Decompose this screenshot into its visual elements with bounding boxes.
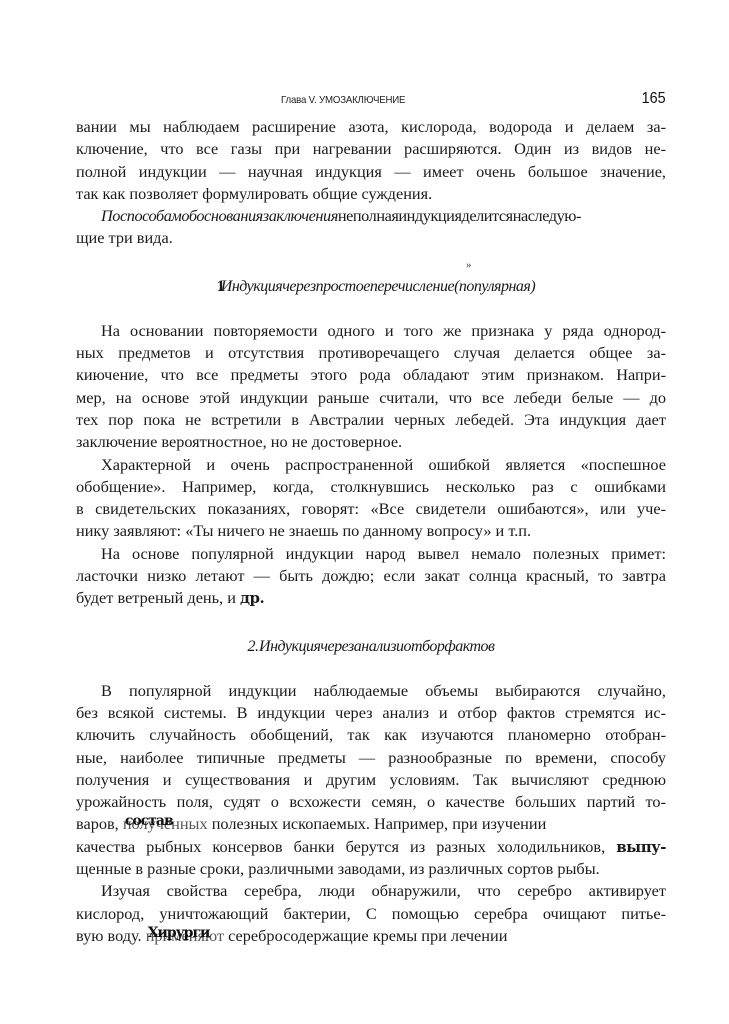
text-run: полезных ископаемых. Например, при изуче… — [208, 814, 547, 833]
text-run: качества рыбных консервов банки берутся … — [76, 837, 616, 856]
ocr-artifact-text: выпу- — [616, 838, 666, 856]
text-line: ключить случайность обобщений, так как и… — [76, 724, 666, 746]
text-line: ных предметов и отсутствия противоречаще… — [76, 342, 666, 364]
text-line: тех пор пока не встретили в Австралии че… — [76, 409, 666, 431]
text-line: нику заявляют: «Ты ничего не знаешь по д… — [76, 520, 666, 542]
ocr-artifact-text: др. — [240, 589, 264, 607]
paragraph: На основе популярной индукции народ выве… — [76, 543, 666, 610]
spacer — [76, 658, 666, 680]
stray-quote-mark: » — [466, 254, 472, 276]
running-header: Глава V. УМОЗАКЛЮЧЕНИЕ 165 — [76, 88, 666, 112]
text-line: На основе популярной индукции народ выве… — [76, 543, 666, 565]
ocr-overlap-word: полученныхсостав — [123, 813, 208, 835]
text-run: серебросодержащие кремы при лечении — [224, 926, 507, 945]
body-text: вании мы наблюдаем расширение азота, кис… — [76, 116, 666, 947]
text-run: вую воду. — [76, 926, 146, 945]
section-heading-2: 2. Индукциячерезанализиотборфактов — [76, 636, 666, 658]
paragraph-division: Поспособамобоснованиязаключениянеполнаяи… — [76, 205, 666, 250]
text-line: киючение, что все предметы этого рода об… — [76, 364, 666, 386]
text-line: получения и существования и другим услов… — [76, 769, 666, 791]
text-run: будет ветреный день, и — [76, 588, 240, 607]
text-line: ключение, что все газы при нагревании ра… — [76, 138, 666, 160]
text-run: неполнаяиндукцияделитсянаследую- — [338, 206, 581, 225]
text-line: щенные в разные сроки, различными завода… — [76, 858, 666, 880]
ocr-overlap-word: применяютХирурги — [146, 925, 224, 947]
section-heading-text: Индукциячерезпростоеперечисление(популяр… — [221, 278, 535, 295]
text-line: заключение вероятностное, но не достовер… — [76, 431, 666, 453]
text-run: варов, — [76, 814, 123, 833]
spacer — [76, 610, 666, 632]
paragraph: Характерной и очень распространенной оши… — [76, 454, 666, 543]
overlaid-word: Хирурги — [148, 922, 210, 944]
text-line: Поспособамобоснованиязаключениянеполнаяи… — [76, 205, 666, 227]
paragraph: Изучая свойства серебра, люди обнаружили… — [76, 880, 666, 947]
text-line: На основании повторяемости одного и того… — [76, 320, 666, 342]
text-line: в свидетельских показаниях, говорят: «Вс… — [76, 498, 666, 520]
section-heading-1: 1.Индукциячерезпростоеперечисление(попул… — [86, 276, 666, 298]
book-page: Глава V. УМОЗАКЛЮЧЕНИЕ 165 вании мы набл… — [76, 88, 666, 947]
text-line: Изучая свойства серебра, люди обнаружили… — [76, 880, 666, 902]
text-line: В популярной индукции наблюдаемые объемы… — [76, 680, 666, 702]
text-line: щие три вида. — [76, 227, 666, 249]
chapter-title: Глава V. УМОЗАКЛЮЧЕНИЕ — [281, 94, 405, 106]
text-line: ные, наиболее типичные предметы — разноо… — [76, 747, 666, 769]
spacer — [76, 298, 666, 320]
text-line: без всякой системы. В индукции через ана… — [76, 702, 666, 724]
paragraph: В популярной индукции наблюдаемые объемы… — [76, 680, 666, 881]
overlaid-word: состав — [125, 810, 173, 832]
paragraph: На основании повторяемости одного и того… — [76, 320, 666, 454]
stray-mark: » — [76, 250, 666, 272]
text-line: варов, полученныхсостав полезных ископае… — [76, 813, 666, 835]
text-line: ласточки низко летают — быть дождю; если… — [76, 565, 666, 587]
text-line: Характерной и очень распространенной оши… — [76, 454, 666, 476]
text-line: мер, на основе этой индукции раньше счит… — [76, 387, 666, 409]
italic-lead: Поспособамобоснованиязаключения — [101, 206, 338, 225]
text-line: качества рыбных консервов банки берутся … — [76, 836, 666, 858]
text-line: вую воду. применяютХирурги серебросодерж… — [76, 925, 666, 947]
text-line: так как позволяет формулировать общие су… — [76, 183, 666, 205]
paragraph-intro: вании мы наблюдаем расширение азота, кис… — [76, 116, 666, 205]
page-number: 165 — [642, 90, 666, 108]
text-line: обобщение». Например, когда, столкнувшис… — [76, 476, 666, 498]
text-line: вании мы наблюдаем расширение азота, кис… — [76, 116, 666, 138]
text-line: будет ветреный день, и др. — [76, 587, 666, 609]
text-line: полной индукции — научная индукция — име… — [76, 161, 666, 183]
